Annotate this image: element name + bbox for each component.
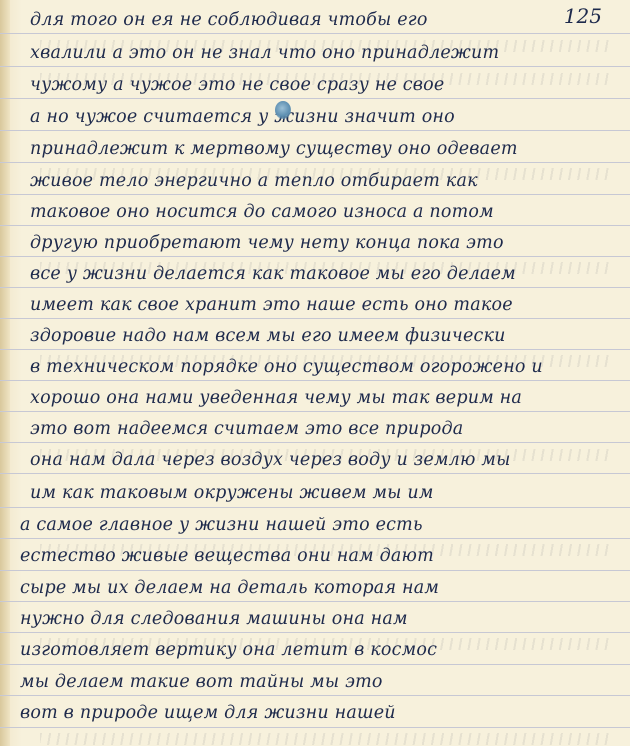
text-line: в техническом порядке оно существом огор…	[30, 353, 616, 381]
text-line: а но чужое считается у жизни значит оно	[30, 103, 616, 131]
text-line: изготовляет вертику она летит в космос	[20, 636, 616, 664]
show-through-text	[40, 733, 610, 745]
text-line: сыре мы их делаем на деталь которая нам	[20, 574, 616, 602]
rule-line	[0, 664, 630, 665]
page-binding-edge	[0, 0, 10, 746]
rule-line	[0, 570, 630, 571]
text-line: вот в природе ищем для жизни нашей	[20, 699, 616, 727]
text-line: мы делаем такие вот тайны мы это	[20, 668, 616, 696]
text-line: хорошо она нами уведенная чему мы так ве…	[30, 384, 616, 412]
rule-line	[0, 727, 630, 728]
text-line: для того он ея не соблюдивая чтобы его	[30, 6, 520, 34]
notebook-page: 125 для того он ея не соблюдивая чтобы е…	[0, 0, 630, 746]
text-line: таковое оно носится до самого износа а п…	[30, 198, 616, 226]
ink-blot	[275, 101, 291, 119]
text-line: здоровие надо нам всем мы его имеем физи…	[30, 322, 616, 350]
rule-line	[0, 507, 630, 508]
text-line: естество живые вещества они нам дают	[20, 542, 616, 570]
text-line: она нам дала через воздух через воду и з…	[30, 446, 616, 474]
page-number: 125	[564, 4, 602, 28]
text-line: имеет как свое хранит это наше есть оно …	[30, 291, 616, 319]
text-line: все у жизни делается как таковое мы его …	[30, 260, 616, 288]
text-line: живое тело энергично а тепло отбирает ка…	[30, 167, 616, 195]
text-line: чужому а чужое это не свое сразу не свое	[30, 71, 616, 99]
text-line: принадлежит к мертвому существу оно одев…	[30, 135, 616, 163]
text-line: другую приобретают чему нету конца пока …	[30, 229, 616, 257]
text-line: а самое главное у жизни нашей это есть	[20, 511, 616, 539]
text-line: хвалили а это он не знал что оно принадл…	[30, 39, 616, 67]
text-line: нужно для следования машины она нам	[20, 605, 616, 633]
text-line: это вот надеемся считаем это все природа	[30, 415, 616, 443]
text-line: им как таковым окружены живем мы им	[30, 479, 616, 507]
